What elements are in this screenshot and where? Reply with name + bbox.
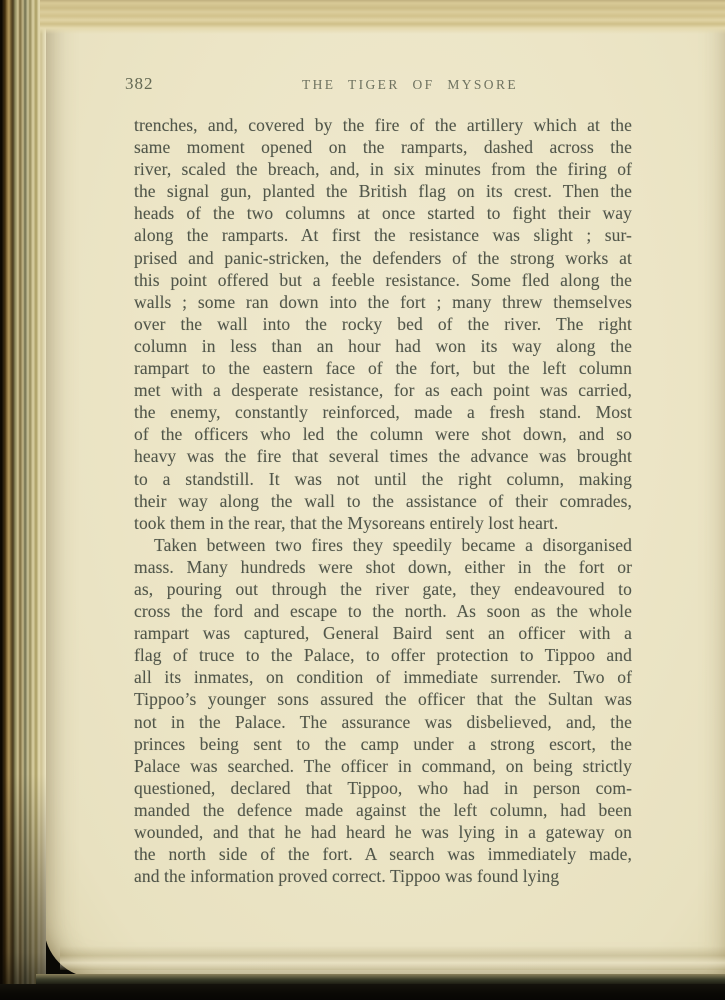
text-line: this point offered but a feeble resistan… (134, 269, 632, 291)
page-bottom-crease (60, 946, 725, 970)
text-line: as, pouring out through the river gate, … (134, 578, 632, 600)
book-photo: 382 THE TIGER OF MYSORE trenches, and, c… (0, 0, 725, 1000)
text-line: their way along the wall to the assistan… (134, 490, 632, 512)
text-line: same moment opened on the ramparts, dash… (134, 136, 632, 158)
text-line: Palace was searched. The officer in comm… (134, 755, 632, 777)
text-line: all its inmates, on condition of immedia… (134, 666, 632, 688)
text-line: questioned, declared that Tippoo, who ha… (134, 777, 632, 799)
text-line: heads of the two columns at once started… (134, 202, 632, 224)
text-line: mass. Many hundreds were shot down, eith… (134, 556, 632, 578)
text-line: wounded, and that he had heard he was ly… (134, 821, 632, 843)
book-cover-bottom (0, 984, 725, 1000)
text-line: rampart was captured, General Baird sent… (134, 622, 632, 644)
book-page-edges-left (0, 0, 46, 992)
text-line: took them in the rear, that the Mysorean… (134, 512, 632, 534)
text-line: rampart to the eastern face of the fort,… (134, 357, 632, 379)
page-content: 382 THE TIGER OF MYSORE trenches, and, c… (134, 74, 632, 887)
text-line: the north side of the fort. A search was… (134, 843, 632, 865)
text-line: to a standstill. It was not until the ri… (134, 468, 632, 490)
text-line: Tippoo’s younger sons assured the office… (134, 688, 632, 710)
text-line: of the officers who led the column were … (134, 423, 632, 445)
text-line: heavy was the fire that several times th… (134, 445, 632, 467)
page-number: 382 (125, 74, 154, 94)
text-line: Taken between two fires they speedily be… (134, 534, 632, 556)
text-line: manded the defence made against the left… (134, 799, 632, 821)
text-line: prised and panic-stricken, the defenders… (134, 247, 632, 269)
text-line: trenches, and, covered by the fire of th… (134, 114, 632, 136)
text-line: along the ramparts. At first the resista… (134, 224, 632, 246)
page-body: trenches, and, covered by the fire of th… (134, 114, 632, 887)
text-line: walls ; some ran down into the fort ; ma… (134, 291, 632, 313)
page-header-row: 382 THE TIGER OF MYSORE (134, 74, 632, 98)
text-line: and the information proved correct. Tipp… (134, 865, 632, 887)
running-header: THE TIGER OF MYSORE (302, 77, 518, 93)
text-line: over the wall into the rocky bed of the … (134, 313, 632, 335)
text-line: cross the ford and escape to the north. … (134, 600, 632, 622)
text-line: column in less than an hour had won its … (134, 335, 632, 357)
text-line: flag of truce to the Palace, to offer pr… (134, 644, 632, 666)
book-page-edges-top (40, 0, 725, 34)
book-page: 382 THE TIGER OF MYSORE trenches, and, c… (44, 0, 725, 978)
text-line: the enemy, constantly reinforced, made a… (134, 401, 632, 423)
text-line: the signal gun, planted the British flag… (134, 180, 632, 202)
text-line: princes being sent to the camp under a s… (134, 733, 632, 755)
text-line: met with a desperate resistance, for as … (134, 379, 632, 401)
text-line: river, scaled the breach, and, in six mi… (134, 158, 632, 180)
text-line: not in the Palace. The assurance was dis… (134, 711, 632, 733)
